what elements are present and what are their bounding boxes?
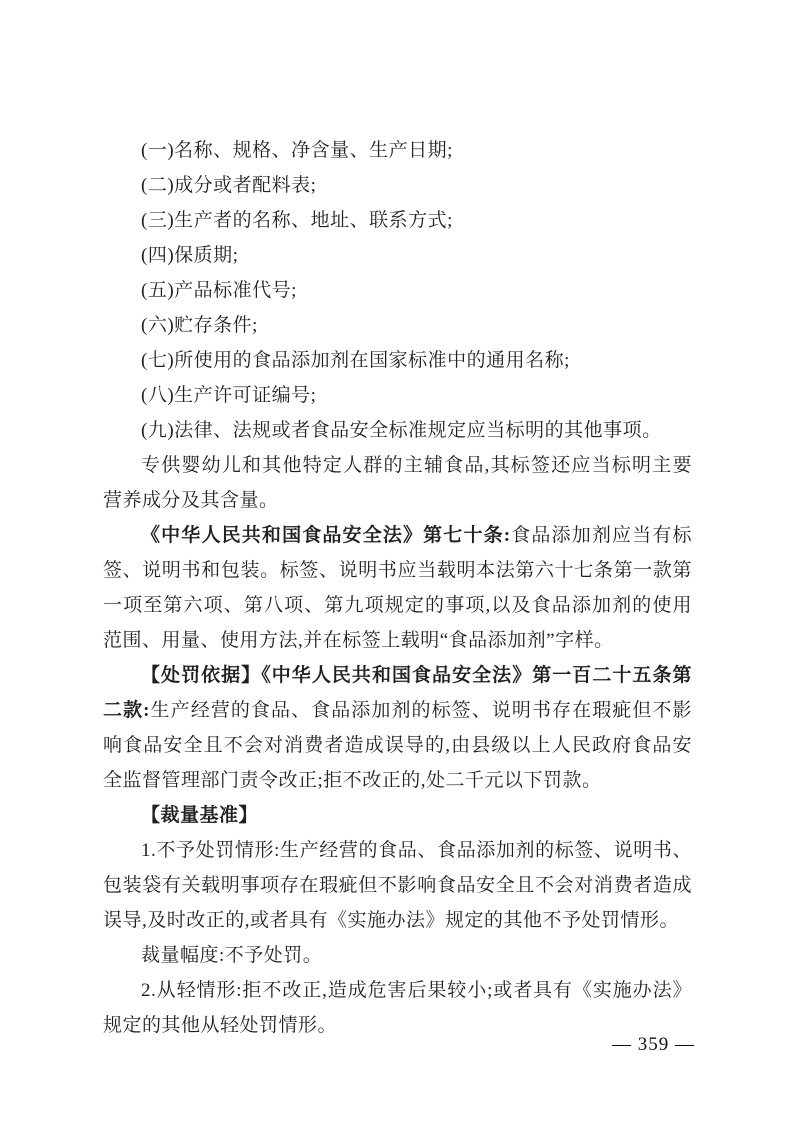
heading-discretion-benchmark: 【裁量基准】 [103,798,692,833]
list-item: (八)生产许可证编号; [103,378,692,413]
list-item: (九)法律、法规或者食品安全标准规定应当标明的其他事项。 [103,413,692,448]
paragraph-discretion-range: 裁量幅度:不予处罚。 [103,938,692,973]
list-item: (四)保质期; [103,238,692,273]
penalty-basis-body: 生产经营的食品、食品添加剂的标签、说明书存在瑕疵但不影响食品安全且不会对消费者造… [103,700,692,791]
document-body: (一)名称、规格、净含量、生产日期; (二)成分或者配料表; (三)生产者的名称… [103,133,692,1043]
list-item: (六)贮存条件; [103,308,692,343]
page-number: — 359 — [612,1030,695,1060]
article-70-lead: 《中华人民共和国食品安全法》第七十条: [141,525,511,546]
paragraph-no-penalty-case: 1.不予处罚情形:生产经营的食品、食品添加剂的标签、说明书、包装袋有关载明事项存… [103,833,692,938]
list-item: (二)成分或者配料表; [103,168,692,203]
paragraph-infant-food: 专供婴幼儿和其他特定人群的主辅食品,其标签还应当标明主要营养成分及其含量。 [103,448,692,518]
paragraph-article-70: 《中华人民共和国食品安全法》第七十条:食品添加剂应当有标签、说明书和包装。标签、… [103,518,692,658]
list-item: (五)产品标准代号; [103,273,692,308]
list-item: (三)生产者的名称、地址、联系方式; [103,203,692,238]
list-item: (七)所使用的食品添加剂在国家标准中的通用名称; [103,343,692,378]
list-item: (一)名称、规格、净含量、生产日期; [103,133,692,168]
document-page: (一)名称、规格、净含量、生产日期; (二)成分或者配料表; (三)生产者的名称… [0,0,793,1122]
paragraph-penalty-basis: 【处罚依据】《中华人民共和国食品安全法》第一百二十五条第二款:生产经营的食品、食… [103,658,692,798]
paragraph-lenient-case: 2.从轻情形:拒不改正,造成危害后果较小;或者具有《实施办法》规定的其他从轻处罚… [103,973,692,1043]
